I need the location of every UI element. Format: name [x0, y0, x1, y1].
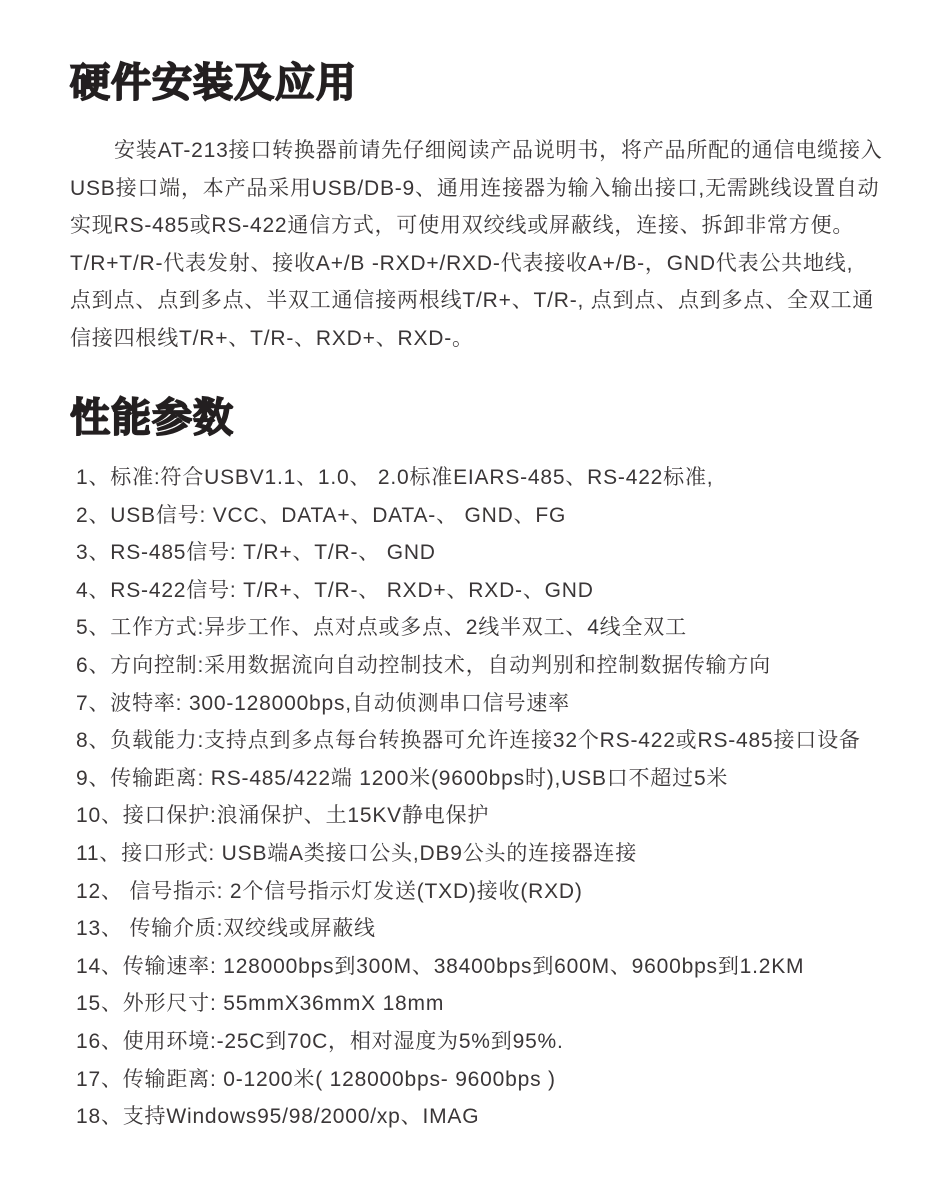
section-title-performance-params: 性能参数: [70, 395, 870, 441]
spec-item-rs485-signal: 3、RS-485信号: T/R+、T/R-、 GND: [76, 534, 870, 572]
spec-item-os-support: 18、支持Windows95/98/2000/xp、IMAG: [76, 1098, 870, 1136]
paragraph-line: T/R+T/R-代表发射、接收A+/B -RXD+/RXD-代表接收A+/B-，…: [70, 245, 870, 283]
manual-page: 硬件安装及应用 安装AT-213接口转换器前请先仔细阅读产品说明书，将产品所配的…: [0, 0, 930, 1181]
hardware-paragraph: 安装AT-213接口转换器前请先仔细阅读产品说明书，将产品所配的通信电缆接入 U…: [70, 132, 870, 357]
spec-item-direction-control: 6、方向控制:采用数据流向自动控制技术，自动判别和控制数据传输方向: [76, 647, 870, 685]
spec-item-usb-signal: 2、USB信号: VCC、DATA+、DATA-、 GND、FG: [76, 497, 870, 535]
spec-item-port-protection: 10、接口保护:浪涌保护、土15KV静电保护: [76, 797, 870, 835]
paragraph-line: 安装AT-213接口转换器前请先仔细阅读产品说明书，将产品所配的通信电缆接入: [70, 132, 870, 170]
spec-item-work-mode: 5、工作方式:异步工作、点对点或多点、2线半双工、4线全双工: [76, 609, 870, 647]
paragraph-line: 实现RS-485或RS-422通信方式，可使用双绞线或屏蔽线，连接、拆卸非常方便…: [70, 207, 870, 245]
spec-item-port-type: 11、接口形式: USB端A类接口公头,DB9公头的连接器连接: [76, 835, 870, 873]
section-title-hardware-install: 硬件安装及应用: [70, 60, 870, 106]
spec-item-dimensions: 15、外形尺寸: 55mmX36mmX 18mm: [76, 985, 870, 1023]
spec-item-transmission-distance: 9、传输距离: RS-485/422端 1200米(9600bps时),USB口…: [76, 760, 870, 798]
paragraph-line: 点到点、点到多点、半双工通信接两根线T/R+、T/R-, 点到点、点到多点、全双…: [70, 282, 870, 320]
spec-item-distance-range: 17、传输距离: 0-1200米( 128000bps- 9600bps ): [76, 1061, 870, 1099]
spec-item-transmission-speed: 14、传输速率: 128000bps到300M、38400bps到600M、96…: [76, 948, 870, 986]
spec-item-baud-rate: 7、波特率: 300-128000bps,自动侦测串口信号速率: [76, 685, 870, 723]
spec-item-rs422-signal: 4、RS-422信号: T/R+、T/R-、 RXD+、RXD-、GND: [76, 572, 870, 610]
spec-item-signal-indicator: 12、 信号指示: 2个信号指示灯发送(TXD)接收(RXD): [76, 873, 870, 911]
spec-item-operating-environment: 16、使用环境:-25C到70C，相对湿度为5%到95%.: [76, 1023, 870, 1061]
spec-item-load-capacity: 8、负载能力:支持点到多点每台转换器可允许连接32个RS-422或RS-485接…: [76, 722, 870, 760]
paragraph-line: 信接四根线T/R+、T/R-、RXD+、RXD-。: [70, 320, 870, 358]
spec-list: 1、标准:符合USBV1.1、1.0、 2.0标准EIARS-485、RS-42…: [70, 459, 870, 1136]
spec-item-standard: 1、标准:符合USBV1.1、1.0、 2.0标准EIARS-485、RS-42…: [76, 459, 870, 497]
paragraph-line: USB接口端，本产品采用USB/DB-9、通用连接器为输入输出接口,无需跳线设置…: [70, 170, 870, 208]
spec-item-transmission-medium: 13、 传输介质:双绞线或屏蔽线: [76, 910, 870, 948]
